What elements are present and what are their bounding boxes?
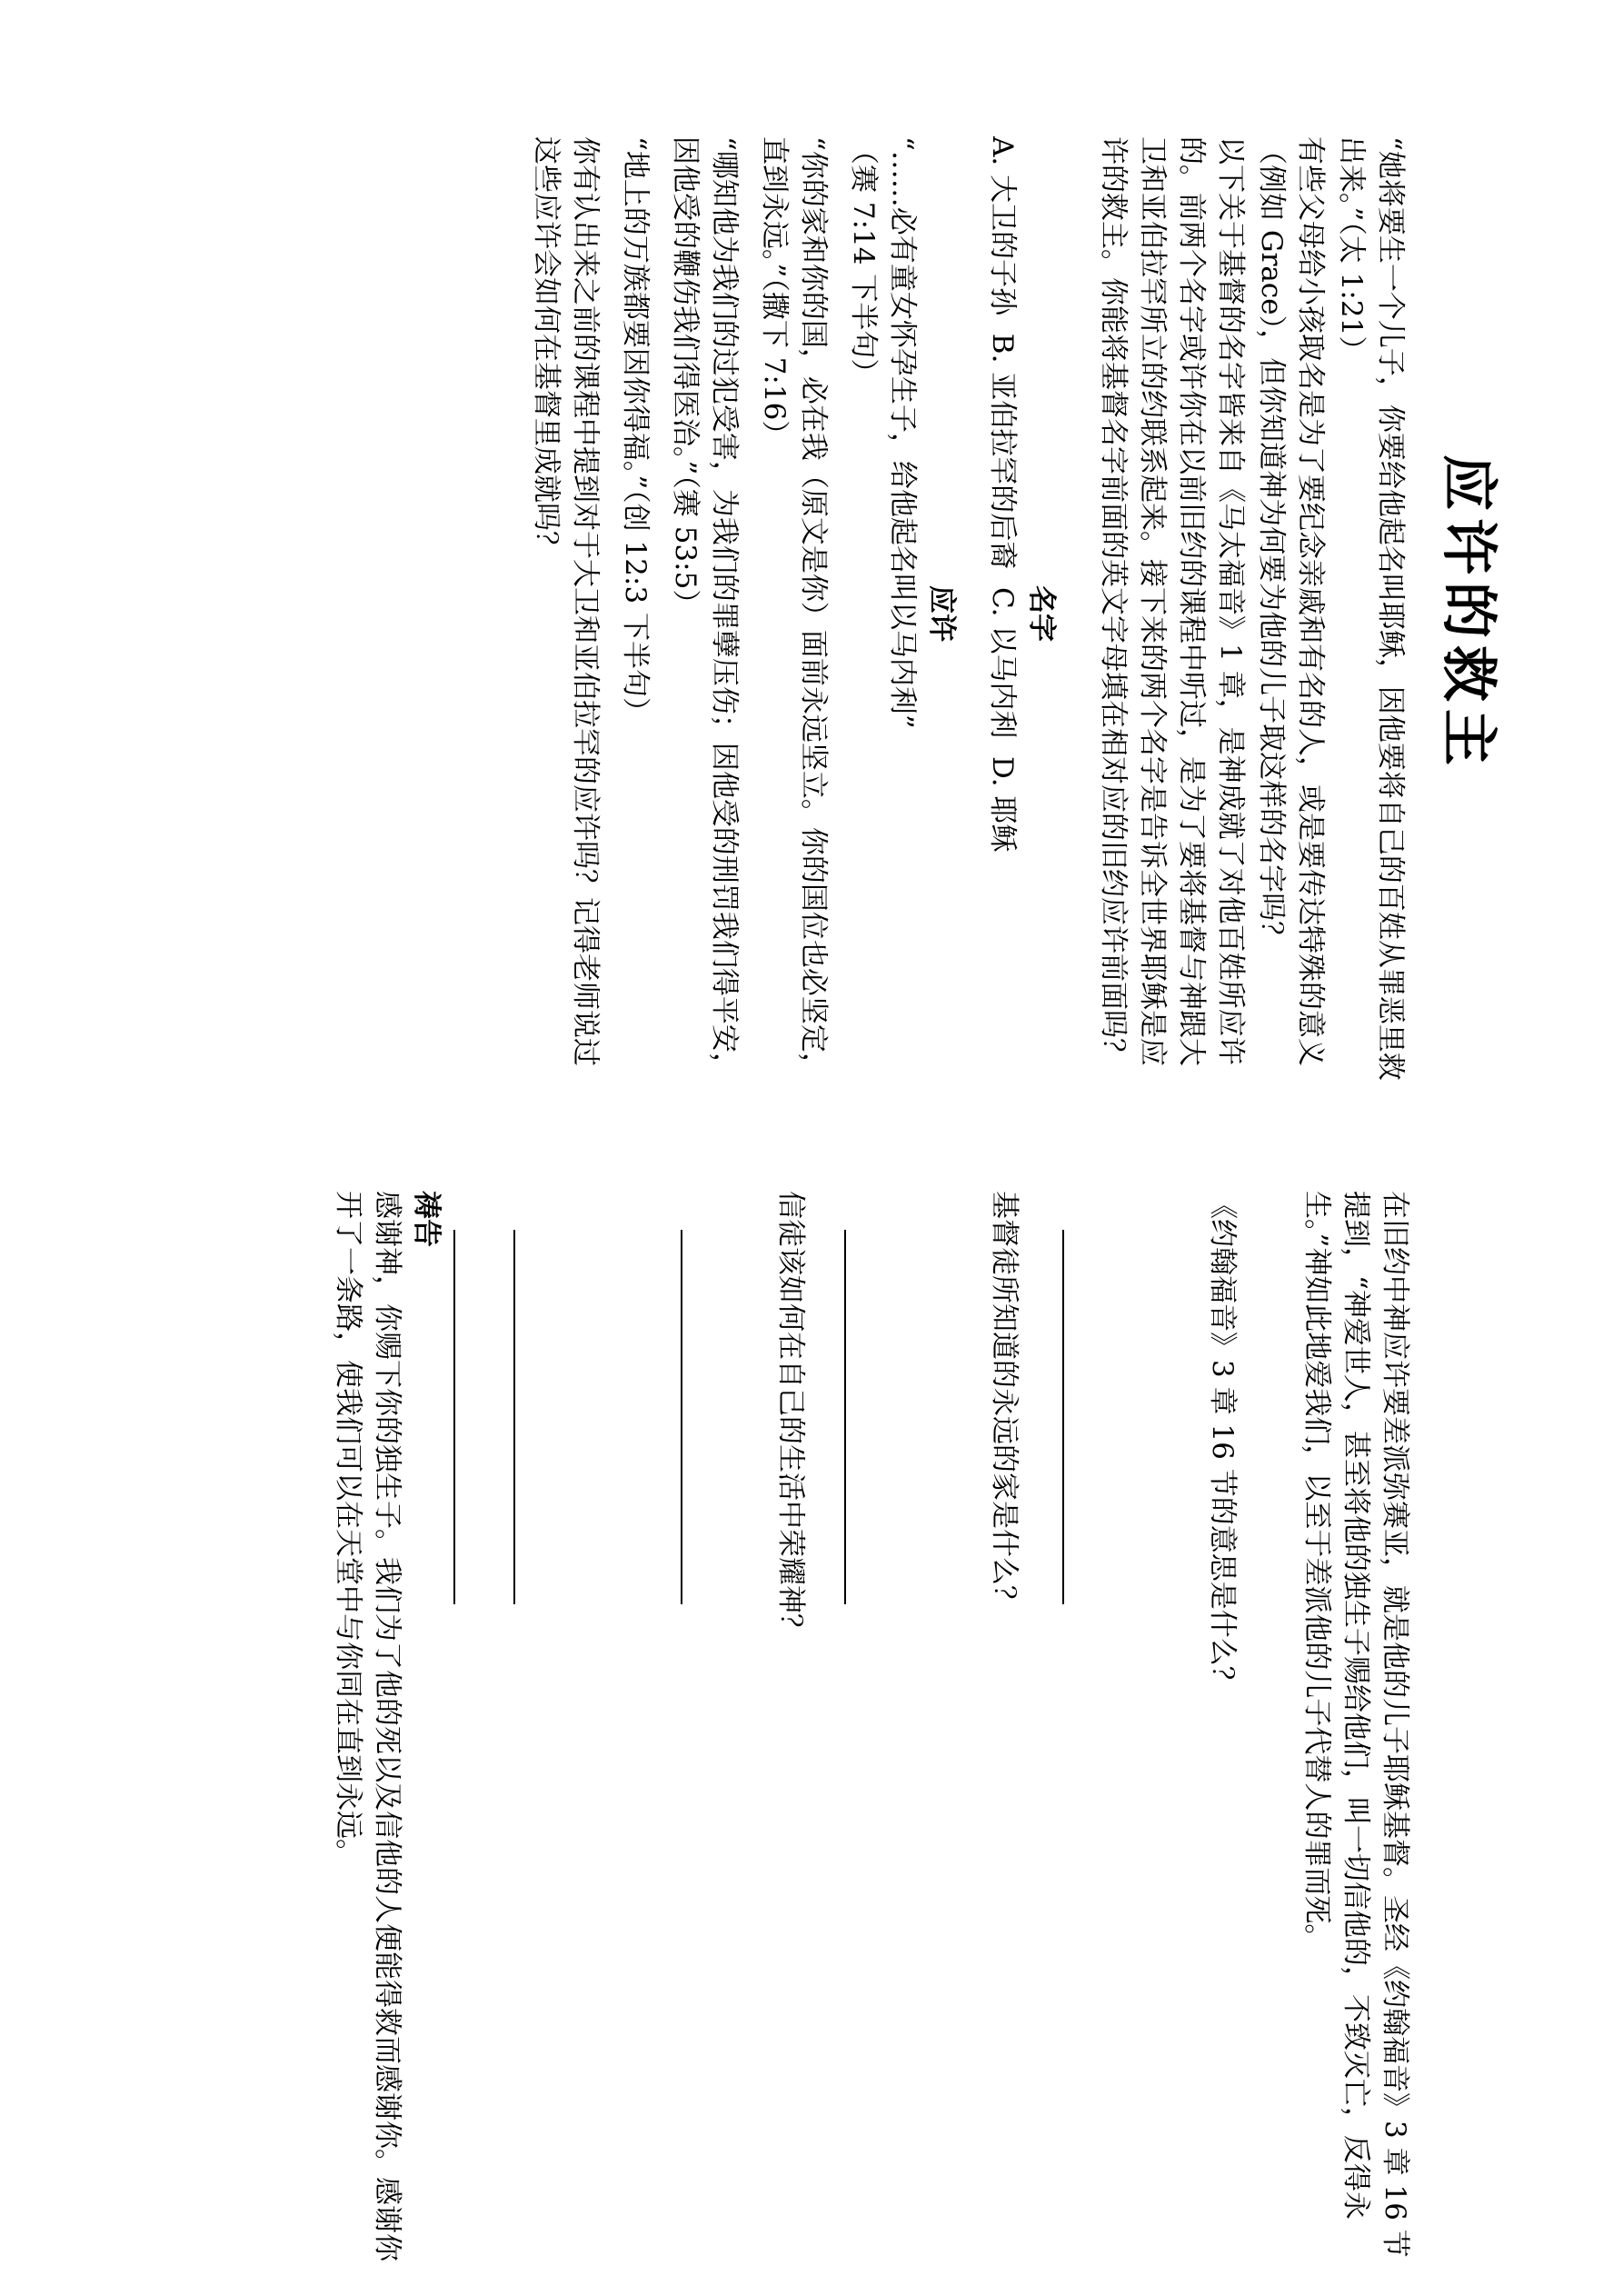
answer-line[interactable] <box>513 1230 515 1604</box>
verse-matthew-1-21: “她将要生一个儿子，你要给他起名叫耶稣，因他要将自己的百姓从罪恶里救出来。”（太… <box>1331 136 1409 1091</box>
promise-2samuel-7-16: “你的家和你的国，必在我（原文是你）面前永远坚立。你的国位也必坚定，直到永远。”… <box>754 136 832 1091</box>
closing-question: 你有认出来之前的课程中提到对于大卫和亚伯拉罕的应许吗？记得老师说过这些应许会如何… <box>526 136 604 1091</box>
promise-isaiah-53-5: “哪知他为我们的过犯受害，为我们的罪孽压伤；因他受的刑罚我们得平安，因他受的鞭伤… <box>665 136 743 1091</box>
john-3-16-intro: 在旧约中神应许要差派弥赛亚，就是他的儿子耶稣基督。圣经《约翰福音》3 章 16 … <box>1297 1191 1414 2281</box>
names-heading: 名字 <box>1021 136 1060 1091</box>
prayer-heading: 祷告 <box>406 1191 445 2281</box>
promise-genesis-12-3: “地上的万族都要因你得福。”（创 12:3 下半句） <box>615 136 654 1091</box>
promise-heading: 应许 <box>921 136 961 1091</box>
answer-line[interactable] <box>1062 1230 1064 1604</box>
intro-question: 有些父母给小孩取名是为了要纪念亲戚和有名的人，或是要传达特殊的意义（例如 Gra… <box>1251 136 1329 1091</box>
names-instructions: 以下关于基督的名字皆来自《马太福音》1 章，是神成就了对他百姓所应许的。前两个名… <box>1093 136 1250 1091</box>
left-page: “她将要生一个儿子，你要给他起名叫耶稣，因他要将自己的百姓从罪恶里救出来。”（太… <box>526 136 1409 1091</box>
answer-line[interactable] <box>681 1230 682 1604</box>
answer-line[interactable] <box>453 1230 455 1604</box>
prayer-text: 感谢神，你赐下你的独生子。我们为了他的死以及信他的人便能得救而感谢你。感谢你开了… <box>328 1191 406 2281</box>
question-2: 基督徒所知道的永远的家是什么？ <box>984 1191 1023 2281</box>
answer-line[interactable] <box>844 1230 846 1604</box>
names-options: A. 大卫的子孙 B. 亚伯拉罕的后裔 C. 以马内利 D. 耶稣 <box>982 136 1021 1091</box>
promise-isaiah-7-14-ref: （赛 7:14 下半句） <box>843 136 882 1091</box>
prayer-section: 祷告 感谢神，你赐下你的独生子。我们为了他的死以及信他的人便能得救而感谢你。感谢… <box>328 1191 445 2281</box>
question-3: 信徒该如何在自己的生活中荣耀神？ <box>771 1191 810 2281</box>
question-1: 《约翰福音》3 章 16 节的意思是什么？ <box>1202 1191 1241 2281</box>
page-title: 应许的救主 <box>1433 136 1514 1091</box>
rotated-worksheet-page: 应许的救主 “她将要生一个儿子，你要给他起名叫耶稣，因他要将自己的百姓从罪恶里救… <box>0 0 1623 2296</box>
promise-isaiah-7-14: “……必有童女怀孕生子，给他起名叫以马内利” <box>882 136 921 1091</box>
